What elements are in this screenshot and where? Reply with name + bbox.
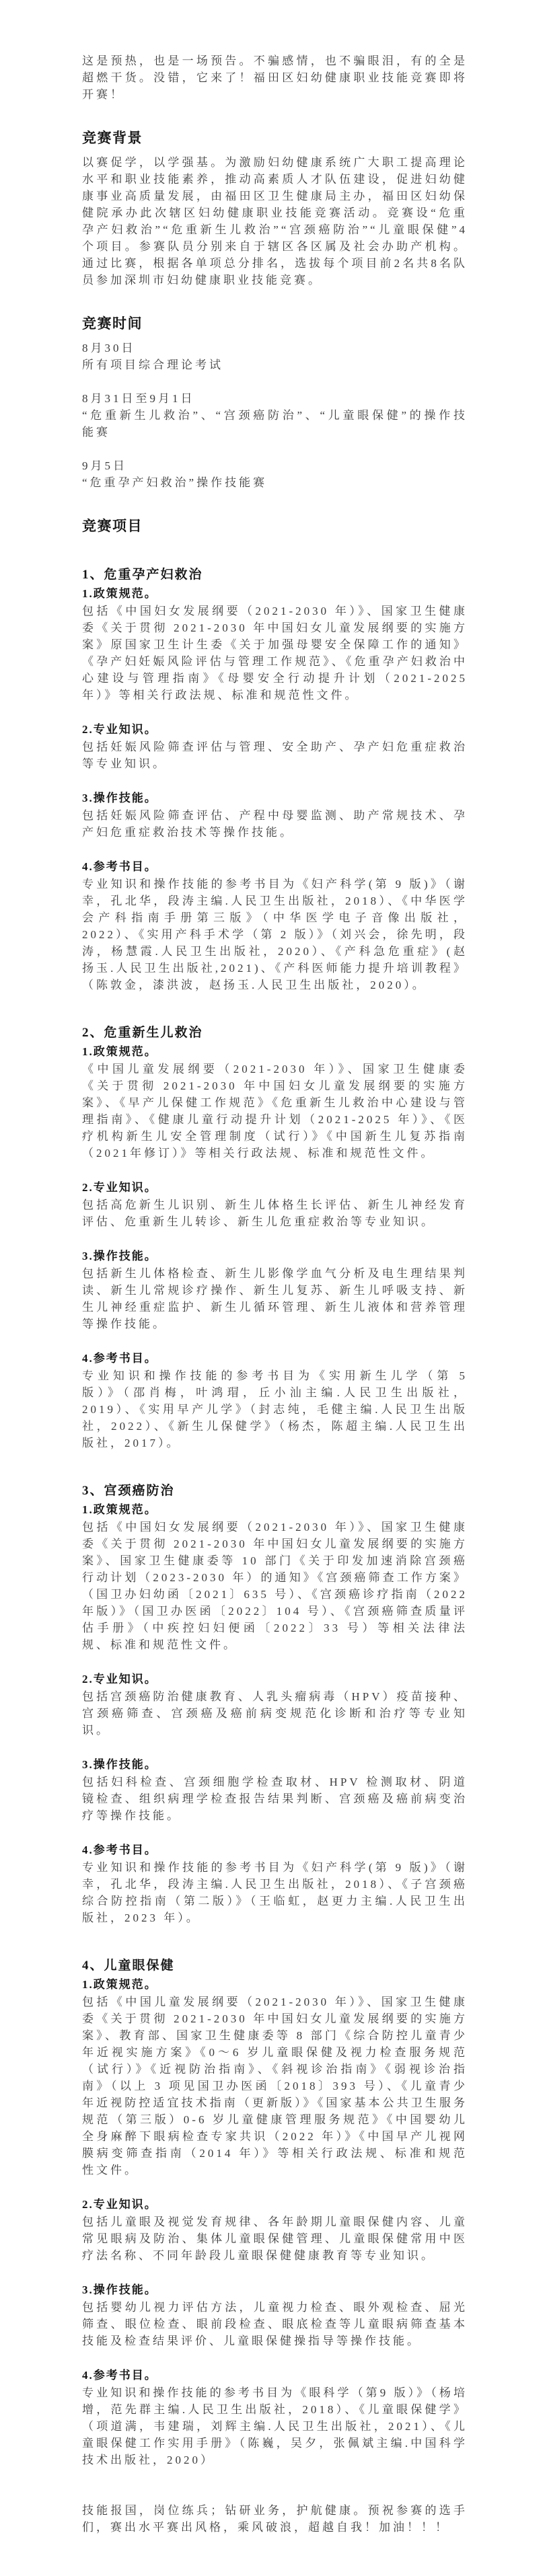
project-block-knowledge: 2.专业知识。 包括宫颈癌防治健康教育、人乳头瘤病毒（HPV）疫苗接种、宫颈癌筛… [82,1671,468,1739]
block-label: 1.政策规范。 [82,1043,468,1061]
project-block-skills: 3.操作技能。 包括新生儿体格检查、新生儿影像学血气分析及电生理结果判读、新生儿… [82,1248,468,1332]
block-body: 包括婴幼儿视力评估方法，儿童视力检查、眼外观检查、屈光筛查、眼位检查、眼前段检查… [82,2299,468,2349]
block-label: 2.专业知识。 [82,1671,468,1688]
block-label: 1.政策规范。 [82,1501,468,1519]
heading-competition-time: 竞赛时间 [82,314,468,333]
project-block-skills: 3.操作技能。 包括妇科检查、宫颈细胞学检查取材、HPV 检测取材、阴道镜检查、… [82,1756,468,1824]
schedule-item: 9月5日 “危重孕产妇救治”操作技能赛 [82,457,468,491]
project-section-neonatal-critical-care: 2、危重新生儿救治 1.政策规范。 《中国儿童发展纲要（2021-2030 年）… [82,1024,468,1451]
project-block-references: 4.参考书目。 专业知识和操作技能的参考书目为《实用新生儿学（第 5 版）》（邵… [82,1350,468,1451]
project-section-maternal-critical-care: 1、危重孕产妇救治 1.政策规范。 包括《中国妇女发展纲要（2021-2030 … [82,566,468,993]
block-body: 包括新生儿体格检查、新生儿影像学血气分析及电生理结果判读、新生儿常规诊疗操作、新… [82,1265,468,1332]
project-block-knowledge: 2.专业知识。 包括儿童眼及视觉发育规律、各年龄期儿童眼保健内容、儿童常见眼病及… [82,2196,468,2264]
project-title: 3、宫颈癌防治 [82,1482,468,1500]
block-label: 1.政策规范。 [82,585,468,603]
project-title: 4、儿童眼保健 [82,1957,468,1975]
block-label: 4.参考书目。 [82,858,468,876]
project-block-skills: 3.操作技能。 包括妊娠风险筛查评估、产程中母婴监测、助产常规技术、孕产妇危重症… [82,790,468,841]
project-block-policy: 1.政策规范。 《中国儿童发展纲要（2021-2030 年）》、国家卫生健康委《… [82,1043,468,1162]
intro-paragraph: 这是预热，也是一场预告。不骗感情，也不骗眼泪，有的全是超燃干货。没错，它来了！福… [82,52,468,103]
project-block-policy: 1.政策规范。 包括《中国儿童发展纲要（2021-2030 年）》、国家卫生健康… [82,1976,468,2179]
block-body: 包括《中国妇女发展纲要（2021-2030 年）》、国家卫生健康委《关于贯彻 2… [82,603,468,704]
project-title: 2、危重新生儿救治 [82,1024,468,1042]
block-label: 3.操作技能。 [82,1756,468,1774]
schedule-desc: 所有项目综合理论考试 [82,356,468,373]
block-body: 包括妊娠风险筛查评估与管理、安全助产、孕产妇危重症救治等专业知识。 [82,738,468,772]
project-block-references: 4.参考书目。 专业知识和操作技能的参考书目为《妇产科学(第 9 版)》（谢幸，… [82,1842,468,1926]
closing-paragraph: 技能报国，岗位练兵；钻研业务，护航健康。预祝参赛的选手们，赛出水平赛出风格，乘风… [82,2502,468,2536]
project-block-policy: 1.政策规范。 包括《中国妇女发展纲要（2021-2030 年）》、国家卫生健康… [82,585,468,704]
project-section-child-eye-care: 4、儿童眼保健 1.政策规范。 包括《中国儿童发展纲要（2021-2030 年）… [82,1957,468,2468]
block-body: 包括妇科检查、宫颈细胞学检查取材、HPV 检测取材、阴道镜检查、组织病理学检查报… [82,1774,468,1824]
document-page: 这是预热，也是一场预告。不骗感情，也不骗眼泪，有的全是超燃干货。没错，它来了！福… [0,0,549,2576]
block-label: 3.操作技能。 [82,790,468,807]
block-body: 专业知识和操作技能的参考书目为《眼科学（第9 版）》（杨培增，范先群主编.人民卫… [82,2384,468,2468]
schedule-item: 8月30日 所有项目综合理论考试 [82,340,468,373]
block-label: 1.政策规范。 [82,1976,468,1994]
project-block-references: 4.参考书目。 专业知识和操作技能的参考书目为《眼科学（第9 版）》（杨培增，范… [82,2367,468,2468]
block-label: 3.操作技能。 [82,2281,468,2299]
block-label: 3.操作技能。 [82,1248,468,1265]
project-block-knowledge: 2.专业知识。 包括高危新生儿识别、新生儿体格生长评估、新生儿神经发育评估、危重… [82,1179,468,1230]
block-body: 包括儿童眼及视觉发育规律、各年龄期儿童眼保健内容、儿童常见眼病及防治、集体儿童眼… [82,2213,468,2264]
block-body: 包括《中国妇女发展纲要（2021-2030 年）》、国家卫生健康委《关于贯彻 2… [82,1519,468,1653]
block-label: 4.参考书目。 [82,1350,468,1367]
schedule-item: 8月31日至9月1日 “危重新生儿救治”、“宫颈癌防治”、“儿童眼保健”的操作技… [82,390,468,441]
block-label: 4.参考书目。 [82,1842,468,1859]
block-label: 2.专业知识。 [82,1179,468,1197]
project-block-skills: 3.操作技能。 包括婴幼儿视力评估方法，儿童视力检查、眼外观检查、屈光筛查、眼位… [82,2281,468,2349]
heading-competition-projects: 竞赛项目 [82,517,468,535]
block-label: 2.专业知识。 [82,2196,468,2213]
project-block-knowledge: 2.专业知识。 包括妊娠风险筛查评估与管理、安全助产、孕产妇危重症救治等专业知识… [82,721,468,772]
block-body: 专业知识和操作技能的参考书目为《妇产科学(第 9 版)》（谢幸，孔北华，段涛主编… [82,1859,468,1926]
schedule-date: 8月30日 [82,340,468,356]
block-body: 包括《中国儿童发展纲要（2021-2030 年）》、国家卫生健康委《关于贯彻 2… [82,1994,468,2179]
schedule-date: 8月31日至9月1日 [82,390,468,407]
project-title: 1、危重孕产妇救治 [82,566,468,584]
schedule-desc: “危重孕产妇救治”操作技能赛 [82,474,468,491]
schedule-desc: “危重新生儿救治”、“宫颈癌防治”、“儿童眼保健”的操作技能赛 [82,407,468,441]
heading-competition-background: 竞赛背景 [82,128,468,147]
project-block-references: 4.参考书目。 专业知识和操作技能的参考书目为《妇产科学(第 9 版)》（谢幸，… [82,858,468,993]
block-body: 包括宫颈癌防治健康教育、人乳头瘤病毒（HPV）疫苗接种、宫颈癌筛查、宫颈癌及癌前… [82,1688,468,1739]
block-label: 2.专业知识。 [82,721,468,738]
project-block-policy: 1.政策规范。 包括《中国妇女发展纲要（2021-2030 年）》、国家卫生健康… [82,1501,468,1653]
block-body: 专业知识和操作技能的参考书目为《妇产科学(第 9 版)》（谢幸，孔北华，段涛主编… [82,876,468,993]
block-label: 4.参考书目。 [82,2367,468,2384]
project-section-cervical-cancer-prevention: 3、宫颈癌防治 1.政策规范。 包括《中国妇女发展纲要（2021-2030 年）… [82,1482,468,1926]
background-paragraph: 以赛促学，以学强基。为激励妇幼健康系统广大职工提高理论水平和职业技能素养，推动高… [82,154,468,289]
block-body: 专业知识和操作技能的参考书目为《实用新生儿学（第 5 版）》（邵肖梅，叶鸿瑁，丘… [82,1367,468,1451]
block-body: 包括妊娠风险筛查评估、产程中母婴监测、助产常规技术、孕产妇危重症救治技术等操作技… [82,807,468,841]
schedule-date: 9月5日 [82,457,468,474]
block-body: 包括高危新生儿识别、新生儿体格生长评估、新生儿神经发育评估、危重新生儿转诊、新生… [82,1197,468,1230]
block-body: 《中国儿童发展纲要（2021-2030 年）》、国家卫生健康委《关于贯彻 202… [82,1061,468,1162]
